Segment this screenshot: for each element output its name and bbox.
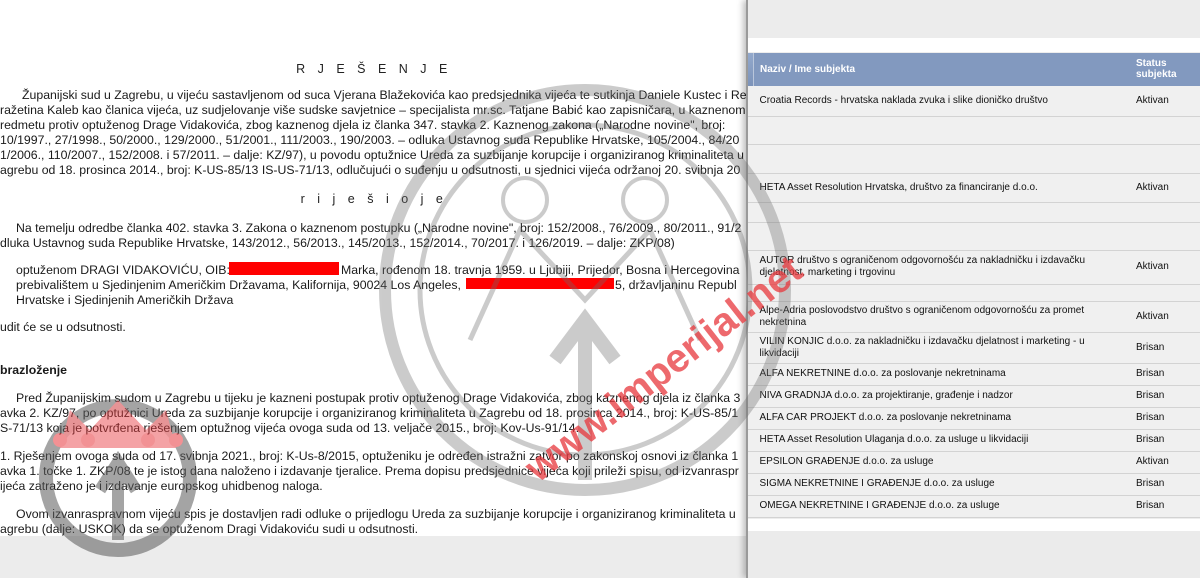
table-row[interactable] — [748, 116, 1200, 144]
reasons1-line-1: Pred Županijskim sudom u Zagrebu u tijek… — [16, 391, 740, 406]
table-row[interactable]: ALFA NEKRETNINE d.o.o. za poslovanje nek… — [748, 363, 1200, 385]
intro-line-5: 1/2006., 110/2007., 152/2008. i 57/2011.… — [0, 148, 744, 163]
cell-subject-name[interactable]: VILIN KONJIC d.o.o. za nakladničku i izd… — [754, 332, 1131, 363]
cell-subject-name[interactable]: OMEGA NEKRETNINE I GRAĐENJE d.o.o. za us… — [754, 495, 1131, 517]
cell-subject-status — [1130, 116, 1200, 144]
cell-subject-name[interactable] — [754, 144, 1131, 173]
table-row[interactable]: AUTOR društvo s ograničenom odgovornošću… — [748, 250, 1200, 284]
intro-line-4: 10/1997., 27/1998., 50/2000., 129/2000.,… — [0, 133, 739, 148]
table-row[interactable] — [748, 202, 1200, 222]
panel-bottom-white — [748, 519, 1200, 531]
table-row[interactable]: SIGMA NEKRETNINE I GRAĐENJE d.o.o. za us… — [748, 473, 1200, 495]
cell-subject-status — [1130, 284, 1200, 301]
table-row[interactable]: HETA Asset Resolution Ulaganja d.o.o. za… — [748, 429, 1200, 451]
defendant-line-1a: optuženom DRAGI VIDAKOVIĆU, OIB: — [16, 263, 230, 278]
cell-subject-name[interactable] — [754, 116, 1131, 144]
cell-subject-name[interactable]: NIVA GRADNJA d.o.o. za projektiranje, gr… — [754, 385, 1131, 407]
panel-top-strip — [748, 0, 1200, 38]
defendant-line-3: Hrvatske i Sjedinjenih Američkih Država — [16, 293, 233, 308]
cell-subject-status — [1130, 222, 1200, 250]
cell-subject-status: Brisan — [1130, 407, 1200, 429]
section-heading: brazloženje — [0, 363, 67, 378]
cell-subject-status: Brisan — [1130, 363, 1200, 385]
cell-subject-name[interactable]: AUTOR društvo s ograničenom odgovornošću… — [754, 250, 1131, 284]
cell-subject-status: Aktivan — [1130, 301, 1200, 332]
registry-table: Naziv / Ime subjekta Status subjekta Cro… — [748, 53, 1200, 518]
cell-subject-name[interactable]: ALFA NEKRETNINE d.o.o. za poslovanje nek… — [754, 363, 1131, 385]
cell-subject-name[interactable]: HETA Asset Resolution Hrvatska, društvo … — [754, 173, 1131, 202]
cell-subject-name[interactable]: EPSILON GRAĐENJE d.o.o. za usluge — [754, 451, 1131, 473]
ruling-line-1: Na temelju odredbe članka 402. stavka 3.… — [16, 221, 741, 236]
intro-line-2: ražetina Kaleb kao članica vijeća, uz su… — [0, 103, 746, 118]
table-row[interactable] — [748, 284, 1200, 301]
cell-subject-name[interactable]: SIGMA NEKRETNINE I GRAĐENJE d.o.o. za us… — [754, 473, 1131, 495]
redaction-address — [466, 278, 614, 289]
table-header-row: Naziv / Ime subjekta Status subjekta — [748, 53, 1200, 86]
document-subtitle: r i j e š i o j e — [0, 192, 748, 206]
cell-subject-status: Aktivan — [1130, 451, 1200, 473]
defendant-line-1b: Marka, rođenom 18. travnja 1959. u Ljubi… — [341, 263, 740, 278]
reasons2-line-3: ijeća zatraženo je i izdavanje europskog… — [0, 479, 323, 494]
reasons2-line-2: avka 1. točke 1. ZKP/08 te je istog dana… — [0, 464, 739, 479]
intro-line-3: redmetu protiv optuženog Drage Vidaković… — [0, 118, 725, 133]
cell-subject-status: Aktivan — [1130, 86, 1200, 116]
panel-white-strip — [748, 38, 1200, 52]
table-body: Croatia Records - hrvatska naklada zvuka… — [748, 86, 1200, 517]
cell-subject-status: Aktivan — [1130, 173, 1200, 202]
verdict-line: udit će se u odsutnosti. — [0, 320, 126, 335]
cell-subject-status: Brisan — [1130, 332, 1200, 363]
defendant-line-2a: prebivalištem u Sjedinjenim Američkim Dr… — [16, 278, 461, 293]
cell-subject-status: Brisan — [1130, 429, 1200, 451]
cell-subject-name[interactable] — [754, 202, 1131, 222]
reasons2-line-1: 1. Rješenjem ovoga suda od 17. svibnja 2… — [0, 449, 738, 464]
table-row[interactable]: NIVA GRADNJA d.o.o. za projektiranje, gr… — [748, 385, 1200, 407]
cell-subject-name[interactable] — [754, 222, 1131, 250]
cell-subject-status: Aktivan — [1130, 250, 1200, 284]
column-header-status[interactable]: Status subjekta — [1130, 53, 1200, 86]
reasons3-line-2: agrebu (dalje: USKOK) da se optuženom Dr… — [0, 522, 418, 537]
table-row[interactable]: ALFA CAR PROJEKT d.o.o. za poslovanje ne… — [748, 407, 1200, 429]
ruling-line-2: dluka Ustavnog suda Republike Hrvatske, … — [0, 236, 675, 251]
reasons1-line-3: S-71/13 koja je potvrđena rješenjem optu… — [0, 421, 579, 436]
column-header-name[interactable]: Naziv / Ime subjekta — [754, 53, 1131, 86]
redaction-oib — [229, 262, 339, 275]
reasons1-line-2: avka 2. KZ/97, po optužnici Ureda za suz… — [0, 406, 738, 421]
cell-subject-name[interactable] — [754, 284, 1131, 301]
panel-bottom-gray — [748, 531, 1200, 578]
table-row[interactable]: OMEGA NEKRETNINE I GRAĐENJE d.o.o. za us… — [748, 495, 1200, 517]
defendant-line-2b: 5, državljaninu Republ — [615, 278, 737, 293]
cell-subject-name[interactable]: HETA Asset Resolution Ulaganja d.o.o. za… — [754, 429, 1131, 451]
table-row[interactable] — [748, 144, 1200, 173]
cell-subject-name[interactable]: ALFA CAR PROJEKT d.o.o. za poslovanje ne… — [754, 407, 1131, 429]
registry-panel: Naziv / Ime subjekta Status subjekta Cro… — [746, 0, 1200, 578]
table-row[interactable]: Croatia Records - hrvatska naklada zvuka… — [748, 86, 1200, 116]
table-row[interactable]: VILIN KONJIC d.o.o. za nakladničku i izd… — [748, 332, 1200, 363]
court-document-view: R J E Š E N J E Županijski sud u Zagrebu… — [0, 0, 748, 578]
document-page: R J E Š E N J E Županijski sud u Zagrebu… — [0, 0, 748, 536]
intro-line-1: Županijski sud u Zagrebu, u vijeću sasta… — [22, 88, 747, 103]
reasons3-line-1: Ovom izvanraspravnom vijeću spis je dost… — [16, 507, 736, 522]
table-row[interactable] — [748, 222, 1200, 250]
cell-subject-status: Brisan — [1130, 385, 1200, 407]
cell-subject-status: Brisan — [1130, 495, 1200, 517]
document-bottom-margin — [0, 536, 748, 578]
cell-subject-name[interactable]: Croatia Records - hrvatska naklada zvuka… — [754, 86, 1131, 116]
table-row[interactable]: Alpe-Adria poslovodstvo društvo s ograni… — [748, 301, 1200, 332]
table-row[interactable]: HETA Asset Resolution Hrvatska, društvo … — [748, 173, 1200, 202]
cell-subject-status — [1130, 202, 1200, 222]
document-title: R J E Š E N J E — [0, 62, 748, 76]
intro-line-6: agrebu od 18. prosinca 2014., broj: K-US… — [0, 163, 740, 178]
cell-subject-status — [1130, 144, 1200, 173]
table-row[interactable]: EPSILON GRAĐENJE d.o.o. za uslugeAktivan — [748, 451, 1200, 473]
cell-subject-status: Brisan — [1130, 473, 1200, 495]
cell-subject-name[interactable]: Alpe-Adria poslovodstvo društvo s ograni… — [754, 301, 1131, 332]
